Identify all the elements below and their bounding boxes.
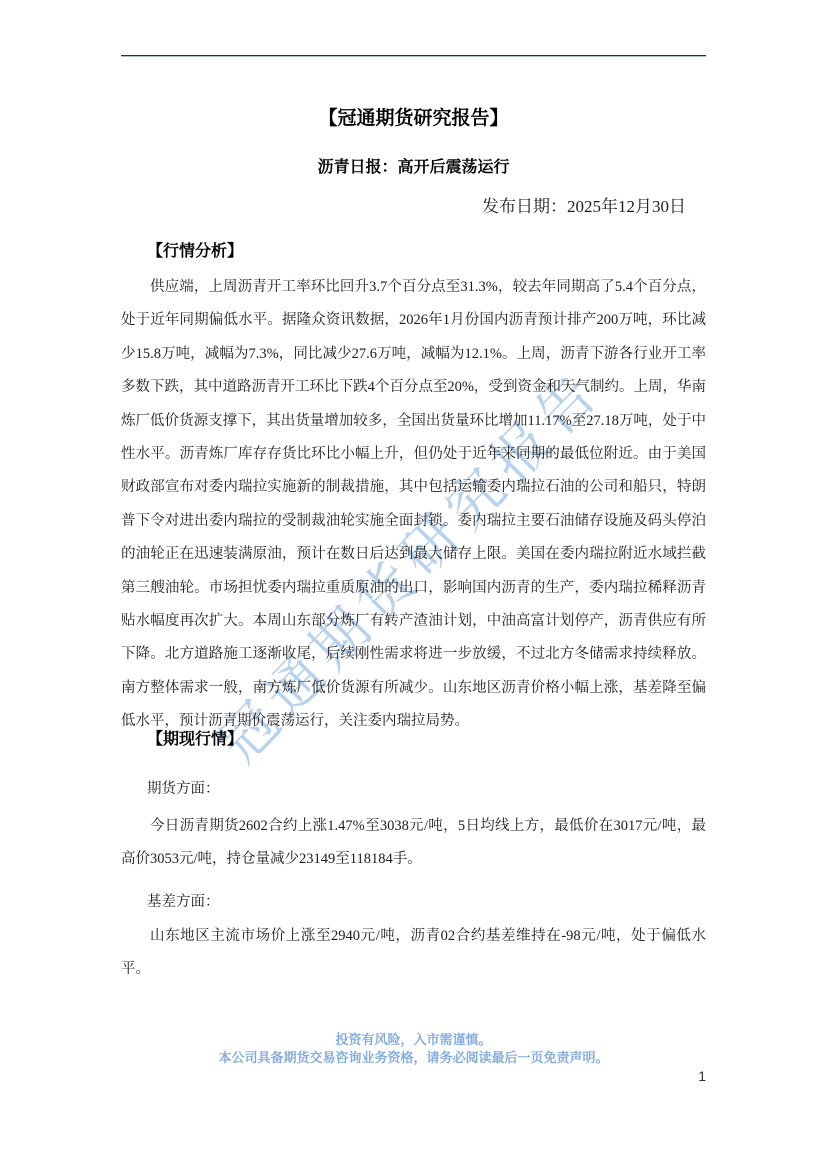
futures-paragraph: 今日沥青期货2602合约上涨1.47%至3038元/吨，5日均线上方，最低价在3…: [121, 810, 706, 877]
basis-label: 基差方面：: [147, 890, 220, 911]
document-body: 【冠通期货研究报告】 沥青日报：高开后震荡运行 发布日期：2025年12月30日…: [121, 0, 706, 1170]
header-rule: [121, 55, 706, 57]
analysis-paragraph: 供应端，上周沥青开工率环比回升3.7个百分点至31.3%，较去年同期高了5.4个…: [121, 271, 706, 739]
futures-label: 期货方面：: [147, 777, 220, 798]
section-header-market: 【期现行情】: [147, 726, 243, 749]
footer-risk-line: 投资有风险，入市需谨慎。: [121, 1031, 706, 1049]
report-title: 【冠通期货研究报告】: [121, 103, 706, 130]
report-subtitle: 沥青日报：高开后震荡运行: [121, 154, 706, 177]
footer-disclaimer-line: 本公司具备期货交易咨询业务资格，请务必阅读最后一页免责声明。: [121, 1049, 706, 1067]
page-number: 1: [666, 1068, 706, 1084]
section-header-analysis: 【行情分析】: [147, 238, 243, 261]
report-page: 冠通期货研究报告 【冠通期货研究报告】 沥青日报：高开后震荡运行 发布日期：20…: [0, 0, 828, 1170]
publish-date: 发布日期：2025年12月30日: [121, 192, 706, 217]
basis-paragraph: 山东地区主流市场价上涨至2940元/吨，沥青02合约基差维持在-98元/吨，处于…: [121, 920, 706, 987]
page-footer: 投资有风险，入市需谨慎。 本公司具备期货交易咨询业务资格，请务必阅读最后一页免责…: [121, 1031, 706, 1067]
